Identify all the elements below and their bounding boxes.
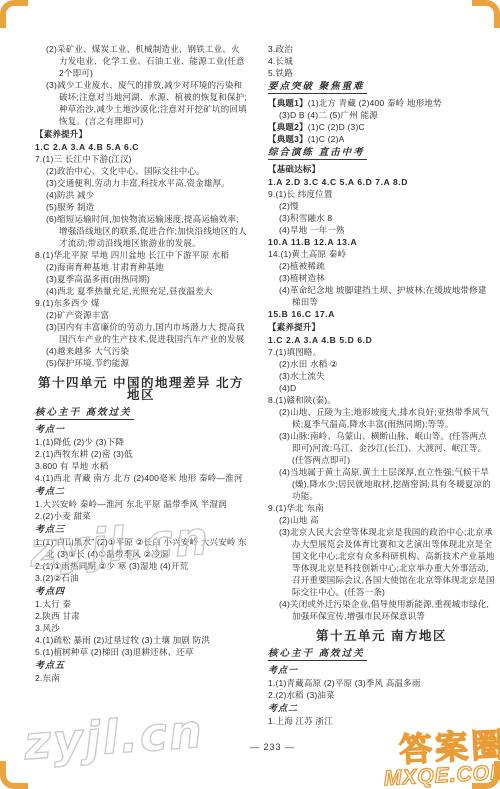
- answer-line: 8.(1)华北平原 旱地 四川盆地 长江中下游平原 水稻: [35, 249, 247, 261]
- answer-line: (2)山地、丘陵为主;地形坡度大,排水良好;亚热带季风气候;夏季气温高,降水丰富…: [268, 406, 495, 430]
- unit-title: 第十五单元 南方地区: [268, 630, 495, 642]
- answer-line: (2)矿产资源丰富: [35, 309, 247, 321]
- section-heading: 综合演练 直击中考: [268, 147, 495, 159]
- corner-mark-bottom-right: [472, 761, 500, 789]
- choice-answers-line: 10.A 11.B 12.A 13.A: [268, 236, 495, 248]
- section-heading-text: 核心主干 高效过关: [35, 407, 134, 420]
- answer-line: (4)关闭或外迁污染企业,倡导使用新能源,重视城市绿化,加强环保宣传,增强市民环…: [268, 598, 495, 622]
- answer-line: (2)政治中心、文化中心、国际交往中心。: [35, 165, 247, 177]
- answer-line: (3)山脉:南岭、乌蒙山、横断山脉、岷山等。(任答两点即可)河流:乌江、金沙江(…: [268, 430, 495, 466]
- kaodian-heading: 考点三: [35, 523, 247, 535]
- answer-key-page: (2)采矿业、煤炭工业、机械制造业、钢铁工业、火力发电业、化学工业、石油工业、能…: [0, 0, 500, 789]
- answer-line: 3.政治: [268, 43, 495, 55]
- answer-line: (4)当地属于黄土高原,黄土土层深厚,直立性强;气候干旱(燥),降水少;居民就地…: [268, 466, 495, 502]
- section-heading-text: 核心主干 高效过关: [268, 648, 367, 661]
- corner-mark-bottom-left: [0, 761, 28, 789]
- answer-line: 4.(1)西北 青藏 南方 北方 (2)400毫米 地形 秦岭—淮河: [35, 472, 247, 484]
- section-heading-text: 要点突破 聚焦重难: [268, 81, 367, 94]
- answer-line: (4)D: [268, 382, 495, 394]
- answer-line: (3)夏季高温多雨(雨热同期): [35, 273, 247, 285]
- answer-line: (2)慢: [268, 200, 495, 212]
- typical-question-label: 【典题1】: [268, 98, 308, 108]
- answer-line: (5)保护环境,节约能源: [35, 357, 247, 369]
- answer-line: 3.(2)②石油: [35, 572, 247, 584]
- answer-line: 2.东南: [35, 672, 247, 684]
- answer-line: 2.(2)小麦 甜菜: [35, 510, 247, 522]
- typical-question-label: 【典题3】: [268, 134, 308, 144]
- bracket-heading: 【素养提升】: [35, 128, 247, 140]
- answer-line: 4.长城: [268, 55, 495, 67]
- answer-line: 9.(1)华北 东南: [268, 502, 495, 514]
- choice-answers-line: 1.C 2.A 3.A 4.B 5.D 6.D: [268, 334, 495, 346]
- answer-line: 1.(1)青藏高原 (2)平原 (3)季风 高温多雨: [268, 677, 495, 689]
- corner-mark-top-right: [472, 0, 500, 28]
- answer-line: 8.(1)赣和陕(秦)。: [268, 394, 495, 406]
- section-heading: 核心主干 高效过关: [268, 648, 495, 660]
- answer-line: 5.铁路: [268, 67, 495, 79]
- answer-line: 2.(1)①雨热同期 ②少 寒 (3)湿地 (4)开荒: [35, 560, 247, 572]
- watermark-zyjl-bottom: zyjl.cn: [22, 704, 205, 770]
- answer-line: 14.(1)黄土高原 秦岭: [268, 248, 495, 260]
- answer-line: (3)植树造林: [268, 272, 495, 284]
- section-heading-text: 综合演练 直击中考: [268, 147, 367, 160]
- answer-line: (6)缩短运输时间,加快物流运输速度,提高运输效率;增强沿线地区的联系,促进合作…: [35, 213, 247, 249]
- answer-line: (4)防洪 减少: [35, 189, 247, 201]
- answer-line: 1.上海 江苏 浙江: [268, 715, 495, 727]
- answer-line: 1.大兴安岭 秦岭—淮河 东北平原 温带季风 半湿润: [35, 498, 247, 510]
- answer-line: (2)植被稀疏: [268, 260, 495, 272]
- answer-text: (1)C (2)A: [308, 134, 345, 144]
- answer-line: (2)山地 高: [268, 514, 495, 526]
- answer-text: (1)北方 青藏 (2)400 秦岭 地形地势: [308, 98, 442, 108]
- answer-line: 1.太行 秦: [35, 598, 247, 610]
- answer-line: 1.(1)“白山黑水” (2)①平原 ②长白 小兴安岭 大兴安岭 东北 (3)①…: [35, 536, 247, 560]
- answer-line: 3.风沙: [35, 622, 247, 634]
- left-column: (2)采矿业、煤炭工业、机械制造业、钢铁工业、火力发电业、化学工业、石油工业、能…: [35, 43, 247, 684]
- choice-answers-line: 1.C 2.A 3.A 4.B 5.A 6.C: [35, 141, 247, 153]
- answer-line: 7.(1)填图略。: [268, 346, 495, 358]
- answer-line: 7.(1)三 长江中下游(江汉): [35, 153, 247, 165]
- answer-line: 2.(2)水稻 (3)油菜: [268, 689, 495, 701]
- answer-line: (2)水田 水稻 ②: [268, 358, 495, 370]
- answer-line: (2)海南育种基地 甘肃育种基地: [35, 261, 247, 273]
- answer-line: (3)水土流失: [268, 370, 495, 382]
- kaodian-heading: 考点二: [268, 702, 495, 714]
- typical-question-label: 【典题2】: [268, 122, 308, 132]
- answer-line: (3)积雪融水 8: [268, 212, 495, 224]
- corner-mark-top-left: [0, 0, 28, 28]
- answer-line: (3)国内有丰富廉价的劳动力,国内市场潜力大 提高我国汽车产业的生产技术,促进我…: [35, 321, 247, 345]
- answer-line: 【典题1】(1)北方 青藏 (2)400 秦岭 地形地势: [268, 97, 495, 109]
- choice-answers-line: 15.B 16.C 17.A: [268, 308, 495, 320]
- answer-line: (2)采矿业、煤炭工业、机械制造业、钢铁工业、火力发电业、化学工业、石油工业、能…: [35, 43, 247, 79]
- answer-line: 【典题3】(1)C (2)A: [268, 133, 495, 145]
- answer-line: (3)交通便利,劳动力丰富,科技水平高,资金雄厚。: [35, 177, 247, 189]
- bracket-heading: 【基础达标】: [268, 163, 495, 175]
- answer-line: (4)革命纪念地 坡脚建挡土坝、护坡林;在缓坡地带修建梯田等: [268, 284, 495, 308]
- answer-line: (4)旱地 一年一熟: [268, 224, 495, 236]
- kaodian-heading: 考点二: [35, 485, 247, 497]
- answer-line: (4)西北 夏季热量充足,光照充足,昼夜温差大: [35, 285, 247, 297]
- answer-line: 3.800 有 旱地 水稻: [35, 460, 247, 472]
- answer-line: 5.(1)植树种草 (2)梯田 (3)退耕还林、还草: [35, 646, 247, 658]
- answer-line: 9.(1)长 纬度位置: [268, 188, 495, 200]
- answer-text: (1)C (2)D (3)C: [308, 122, 365, 132]
- bracket-heading: 【素养提升】: [268, 321, 495, 333]
- choice-answers-line: 1.A 2.D 3.C 4.C 5.A 6.D 7.A 8.D: [268, 176, 495, 188]
- section-heading: 要点突破 聚焦重难: [268, 81, 495, 93]
- answer-line: 9.(1)东多西少 煤: [35, 297, 247, 309]
- answer-line: 2.(1)西牧东耕 (2)密 (3)低: [35, 448, 247, 460]
- answer-line: (3)D B (4)二 (5)广州 能源: [268, 109, 495, 121]
- answer-line: (3)减少工业废水、废气的排放,减少对环境的污染和破坏;注意对当地河湖、水源、植…: [35, 79, 247, 127]
- answer-line: 4.(1)疏松 暴雨 (2)过垦过牧 (3)土壤 加剧 防洪: [35, 634, 247, 646]
- unit-title: 第十四单元 中国的地理差异 北方地区: [35, 377, 247, 401]
- kaodian-heading: 考点五: [35, 659, 247, 671]
- answer-line: 【典题2】(1)C (2)D (3)C: [268, 121, 495, 133]
- answer-line: 1.(1)降低 (2)少 (3)下降: [35, 436, 247, 448]
- answer-line: 2.陕西 甘肃: [35, 610, 247, 622]
- section-heading: 核心主干 高效过关: [35, 407, 247, 419]
- kaodian-heading: 考点四: [35, 585, 247, 597]
- answer-line: (4)越来越多 大气污染: [35, 345, 247, 357]
- right-column: 3.政治4.长城5.铁路要点突破 聚焦重难【典题1】(1)北方 青藏 (2)40…: [268, 43, 495, 727]
- kaodian-heading: 考点一: [35, 423, 247, 435]
- kaodian-heading: 考点一: [268, 664, 495, 676]
- answer-line: (5)服务 制造: [35, 201, 247, 213]
- answer-line: (3)北京人民大会堂等体现北京是我国的政治中心;北京承办大型展览会及体育比赛和文…: [268, 526, 495, 598]
- page-number: — 233 —: [250, 742, 295, 752]
